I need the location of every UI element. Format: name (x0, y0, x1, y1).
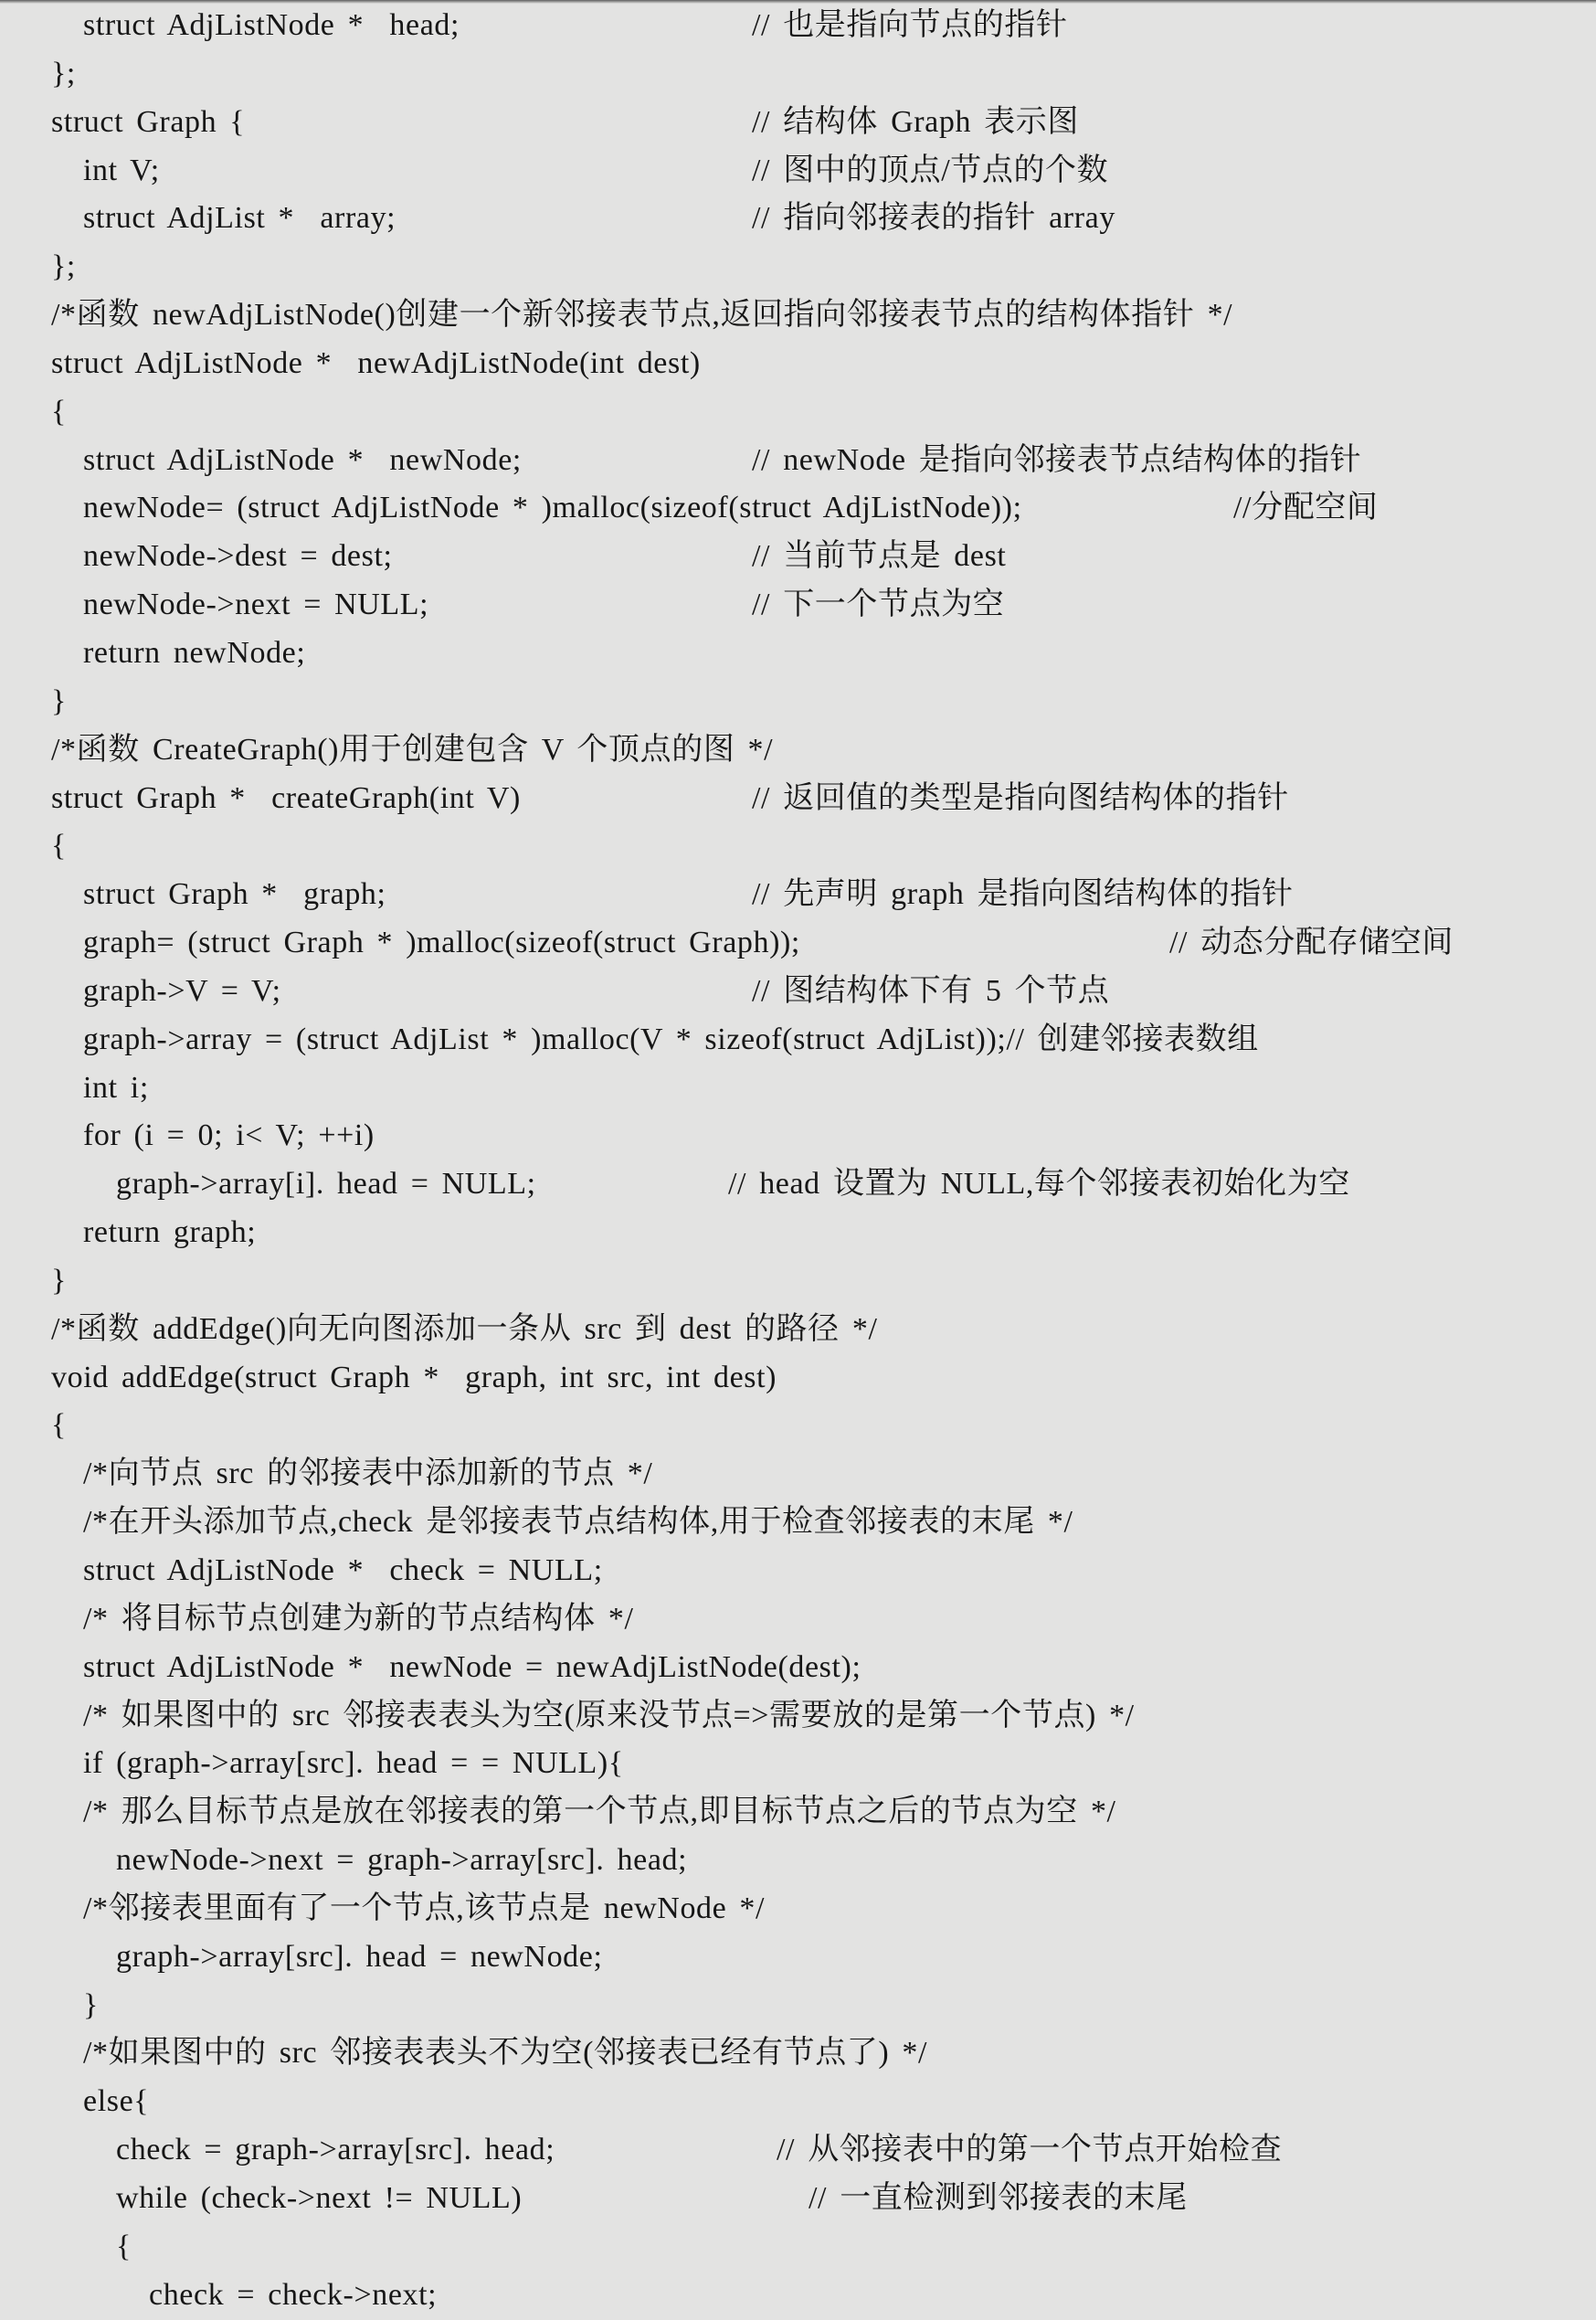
code-text: { (116, 2223, 132, 2272)
code-text: { (51, 822, 67, 871)
code-line: else{ (0, 2078, 1596, 2126)
code-text: { (51, 1402, 67, 1450)
code-text: struct AdjListNode * newNode; (83, 437, 522, 485)
code-text: struct AdjListNode * head; (83, 2, 460, 50)
code-line: { (0, 2223, 1596, 2272)
code-text: /*函数 addEdge()向无向图添加一条从 src 到 dest 的路径 *… (51, 1306, 878, 1354)
code-line: } (0, 1982, 1596, 2030)
code-text: struct AdjListNode * newAdjListNode(int … (51, 340, 701, 388)
comment-text: //分配空间 (1233, 484, 1379, 533)
code-line: /*如果图中的 src 邻接表表头不为空(邻接表已经有节点了) */ (0, 2029, 1596, 2078)
code-text: /* 那么目标节点是放在邻接表的第一个节点,即目标节点之后的节点为空 */ (83, 1788, 1116, 1837)
code-text: newNode->next = graph->array[src]. head; (116, 1837, 687, 1885)
code-line: /* 那么目标节点是放在邻接表的第一个节点,即目标节点之后的节点为空 */ (0, 1788, 1596, 1837)
code-line: } (0, 678, 1596, 726)
comment-text: // 图中的顶点/节点的个数 (752, 147, 1108, 196)
code-text: newNode= (struct AdjListNode * )malloc(s… (83, 484, 1022, 533)
code-line: graph->array[i]. head = NULL;// head 设置为… (0, 1160, 1596, 1209)
code-line: /*函数 addEdge()向无向图添加一条从 src 到 dest 的路径 *… (0, 1306, 1596, 1354)
code-line: struct Graph * createGraph(int V)// 返回值的… (0, 775, 1596, 823)
code-line: }; (0, 243, 1596, 291)
comment-text: // 从邻接表中的第一个节点开始检查 (777, 2126, 1282, 2175)
code-line: struct Graph * graph;// 先声明 graph 是指向图结构… (0, 871, 1596, 919)
comment-text: // 创建邻接表数组 (1006, 1022, 1258, 1056)
code-text: while (check->next != NULL) (116, 2175, 522, 2223)
code-text: struct AdjListNode * newNode = newAdjLis… (83, 1644, 861, 1692)
code-line: struct AdjListNode * head;// 也是指向节点的指针 (0, 2, 1596, 50)
code-line: /* 将目标节点创建为新的节点结构体 */ (0, 1595, 1596, 1644)
code-text: for (i = 0; i< V; ++i) (83, 1112, 375, 1160)
code-line: newNode->next = graph->array[src]. head; (0, 1837, 1596, 1885)
comment-text: // 一直检测到邻接表的末尾 (809, 2175, 1188, 2223)
code-line: check = graph->array[src]. head;// 从邻接表中… (0, 2126, 1596, 2175)
comment-text: // 动态分配存储空间 (1169, 919, 1453, 968)
code-text: graph= (struct Graph * )malloc(sizeof(st… (83, 919, 800, 968)
code-text: /*邻接表里面有了一个节点,该节点是 newNode */ (83, 1885, 765, 1933)
comment-text: // 当前节点是 dest (752, 533, 1006, 581)
code-text: else{ (83, 2078, 149, 2126)
code-line: graph->V = V;// 图结构体下有 5 个节点 (0, 968, 1596, 1016)
code-line: /*函数 newAdjListNode()创建一个新邻接表节点,返回指向邻接表节… (0, 291, 1596, 340)
comment-text: // 结构体 Graph 表示图 (752, 99, 1079, 147)
code-line: int V;// 图中的顶点/节点的个数 (0, 147, 1596, 196)
code-text: struct Graph * graph; (83, 871, 386, 919)
code-text: int i; (83, 1065, 149, 1113)
comment-text: // 下一个节点为空 (752, 581, 1004, 630)
code-line: if (graph->array[src]. head = = NULL){ (0, 1740, 1596, 1788)
code-text: /*向节点 src 的邻接表中添加新的节点 */ (83, 1450, 652, 1499)
code-text: newNode->dest = dest; (83, 533, 393, 581)
code-text: /*函数 CreateGraph()用于创建包含 V 个顶点的图 */ (51, 726, 773, 775)
code-text: graph->array[src]. head = newNode; (116, 1933, 603, 1982)
comment-text: // 返回值的类型是指向图结构体的指针 (752, 775, 1289, 823)
code-text: int V; (83, 147, 160, 196)
code-line: struct AdjListNode * check = NULL; (0, 1547, 1596, 1595)
comment-text: // head 设置为 NULL,每个邻接表初始化为空 (728, 1160, 1350, 1209)
code-line: int i; (0, 1065, 1596, 1113)
comment-text: // 指向邻接表的指针 array (752, 195, 1115, 243)
comment-text: // 也是指向节点的指针 (752, 2, 1068, 50)
code-line: struct AdjListNode * newNode = newAdjLis… (0, 1644, 1596, 1692)
code-line: /*向节点 src 的邻接表中添加新的节点 */ (0, 1450, 1596, 1499)
comment-text: // 先声明 graph 是指向图结构体的指针 (752, 871, 1294, 919)
code-text: newNode->next = NULL; (83, 581, 428, 630)
code-text: struct AdjListNode * check = NULL; (83, 1547, 603, 1595)
code-text: { (51, 388, 67, 437)
code-text: struct Graph { (51, 99, 245, 147)
book-page: struct AdjListNode * head;// 也是指向节点的指针};… (0, 0, 1596, 2320)
code-text: /*在开头添加节点,check 是邻接表节点结构体,用于检查邻接表的末尾 */ (83, 1499, 1073, 1547)
code-line: return newNode; (0, 630, 1596, 678)
code-line: /*函数 CreateGraph()用于创建包含 V 个顶点的图 */ (0, 726, 1596, 775)
code-text: check = graph->array[src]. head; (116, 2126, 555, 2175)
code-line: newNode->next = NULL;// 下一个节点为空 (0, 581, 1596, 630)
code-line: { (0, 388, 1596, 437)
code-line: struct Graph {// 结构体 Graph 表示图 (0, 99, 1596, 147)
code-text: graph->array[i]. head = NULL; (116, 1160, 536, 1209)
code-line: graph->array[src]. head = newNode; (0, 1933, 1596, 1982)
comment-text: // newNode 是指向邻接表节点结构体的指针 (752, 437, 1361, 485)
code-line: { (0, 1402, 1596, 1450)
code-text: struct AdjList * array; (83, 195, 396, 243)
code-line: }; (0, 50, 1596, 99)
code-line: while (check->next != NULL)// 一直检测到邻接表的末… (0, 2175, 1596, 2223)
code-text: graph->V = V; (83, 968, 281, 1016)
code-line: /* 如果图中的 src 邻接表表头为空(原来没节点=>需要放的是第一个节点) … (0, 1692, 1596, 1741)
code-text: return newNode; (83, 630, 305, 678)
code-text: }; (51, 243, 76, 291)
code-text: struct Graph * createGraph(int V) (51, 775, 521, 823)
code-text: check = check->next; (149, 2272, 437, 2320)
code-text: if (graph->array[src]. head = = NULL){ (83, 1740, 624, 1788)
code-text: } (51, 678, 67, 726)
code-line: newNode->dest = dest;// 当前节点是 dest (0, 533, 1596, 581)
code-text: /* 将目标节点创建为新的节点结构体 */ (83, 1595, 634, 1644)
code-text: }; (51, 50, 76, 99)
code-line: for (i = 0; i< V; ++i) (0, 1112, 1596, 1160)
code-text: } (51, 1257, 67, 1306)
code-text: /* 如果图中的 src 邻接表表头为空(原来没节点=>需要放的是第一个节点) … (83, 1692, 1135, 1741)
code-line: newNode= (struct AdjListNode * )malloc(s… (0, 484, 1596, 533)
code-text: graph->array = (struct AdjList * )malloc… (83, 1016, 1006, 1065)
code-line: struct AdjList * array;// 指向邻接表的指针 array (0, 195, 1596, 243)
comment-text: // 图结构体下有 5 个节点 (752, 968, 1109, 1016)
code-text: } (83, 1982, 99, 2030)
code-line: { (0, 822, 1596, 871)
code-listing: struct AdjListNode * head;// 也是指向节点的指针};… (0, 2, 1596, 2320)
code-line: struct AdjListNode * newNode;// newNode … (0, 437, 1596, 485)
code-line: struct AdjListNode * newAdjListNode(int … (0, 340, 1596, 388)
code-line: /*在开头添加节点,check 是邻接表节点结构体,用于检查邻接表的末尾 */ (0, 1499, 1596, 1547)
code-line: return graph; (0, 1209, 1596, 1257)
code-text: void addEdge(struct Graph * graph, int s… (51, 1354, 777, 1403)
code-line: graph= (struct Graph * )malloc(sizeof(st… (0, 919, 1596, 968)
code-text: /*函数 newAdjListNode()创建一个新邻接表节点,返回指向邻接表节… (51, 291, 1232, 340)
code-line: graph->array = (struct AdjList * )malloc… (0, 1016, 1596, 1065)
code-line: /*邻接表里面有了一个节点,该节点是 newNode */ (0, 1885, 1596, 1933)
code-line: check = check->next; (0, 2272, 1596, 2320)
code-line: void addEdge(struct Graph * graph, int s… (0, 1354, 1596, 1403)
code-line: } (0, 1257, 1596, 1306)
code-text: return graph; (83, 1209, 256, 1257)
code-text: /*如果图中的 src 邻接表表头不为空(邻接表已经有节点了) */ (83, 2029, 927, 2078)
